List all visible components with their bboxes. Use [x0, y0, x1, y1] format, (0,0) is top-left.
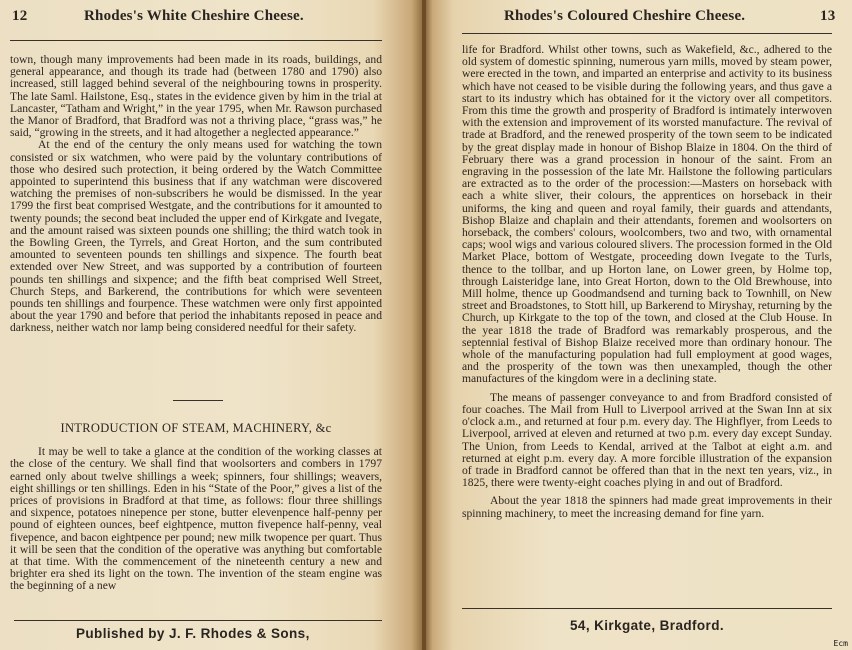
- corner-mark: Ecm: [834, 639, 848, 648]
- running-head-left: Rhodes's White Cheshire Cheese.: [84, 8, 304, 25]
- footer-right: 54, Kirkgate, Bradford.: [570, 618, 724, 633]
- section-title: INTRODUCTION OF STEAM, MACHINERY, &c: [10, 422, 382, 434]
- left-body-text: town, though many improvements had been …: [10, 54, 382, 335]
- page-number-left: 12: [12, 8, 27, 25]
- running-head-right: Rhodes's Coloured Cheshire Cheese.: [504, 8, 745, 25]
- footer-rule-left: [14, 620, 382, 621]
- paragraph: The means of passenger conveyance to and…: [462, 392, 832, 490]
- header-rule-right: [462, 33, 832, 34]
- right-body-text: life for Bradford. Whilst other towns, s…: [462, 44, 832, 520]
- header-rule-left: [10, 40, 382, 41]
- book-gutter: [422, 0, 426, 650]
- book-spread: 12 Rhodes's White Cheshire Cheese. town,…: [0, 0, 852, 650]
- paragraph: About the year 1818 the spinners had mad…: [462, 495, 832, 519]
- page-number-right: 13: [820, 8, 835, 25]
- paragraph: At the end of the century the only means…: [10, 139, 382, 334]
- paragraph: town, though many improvements had been …: [10, 54, 382, 139]
- left-section: INTRODUCTION OF STEAM, MACHINERY, &c It …: [10, 422, 382, 593]
- paragraph: life for Bradford. Whilst other towns, s…: [462, 44, 832, 386]
- section-divider: [173, 400, 223, 401]
- left-page: 12 Rhodes's White Cheshire Cheese. town,…: [0, 0, 424, 650]
- footer-left: Published by J. F. Rhodes & Sons,: [76, 626, 310, 641]
- right-page: Rhodes's Coloured Cheshire Cheese. 13 li…: [424, 0, 852, 650]
- footer-rule-right: [462, 608, 832, 609]
- paragraph: It may be well to take a glance at the c…: [10, 446, 382, 592]
